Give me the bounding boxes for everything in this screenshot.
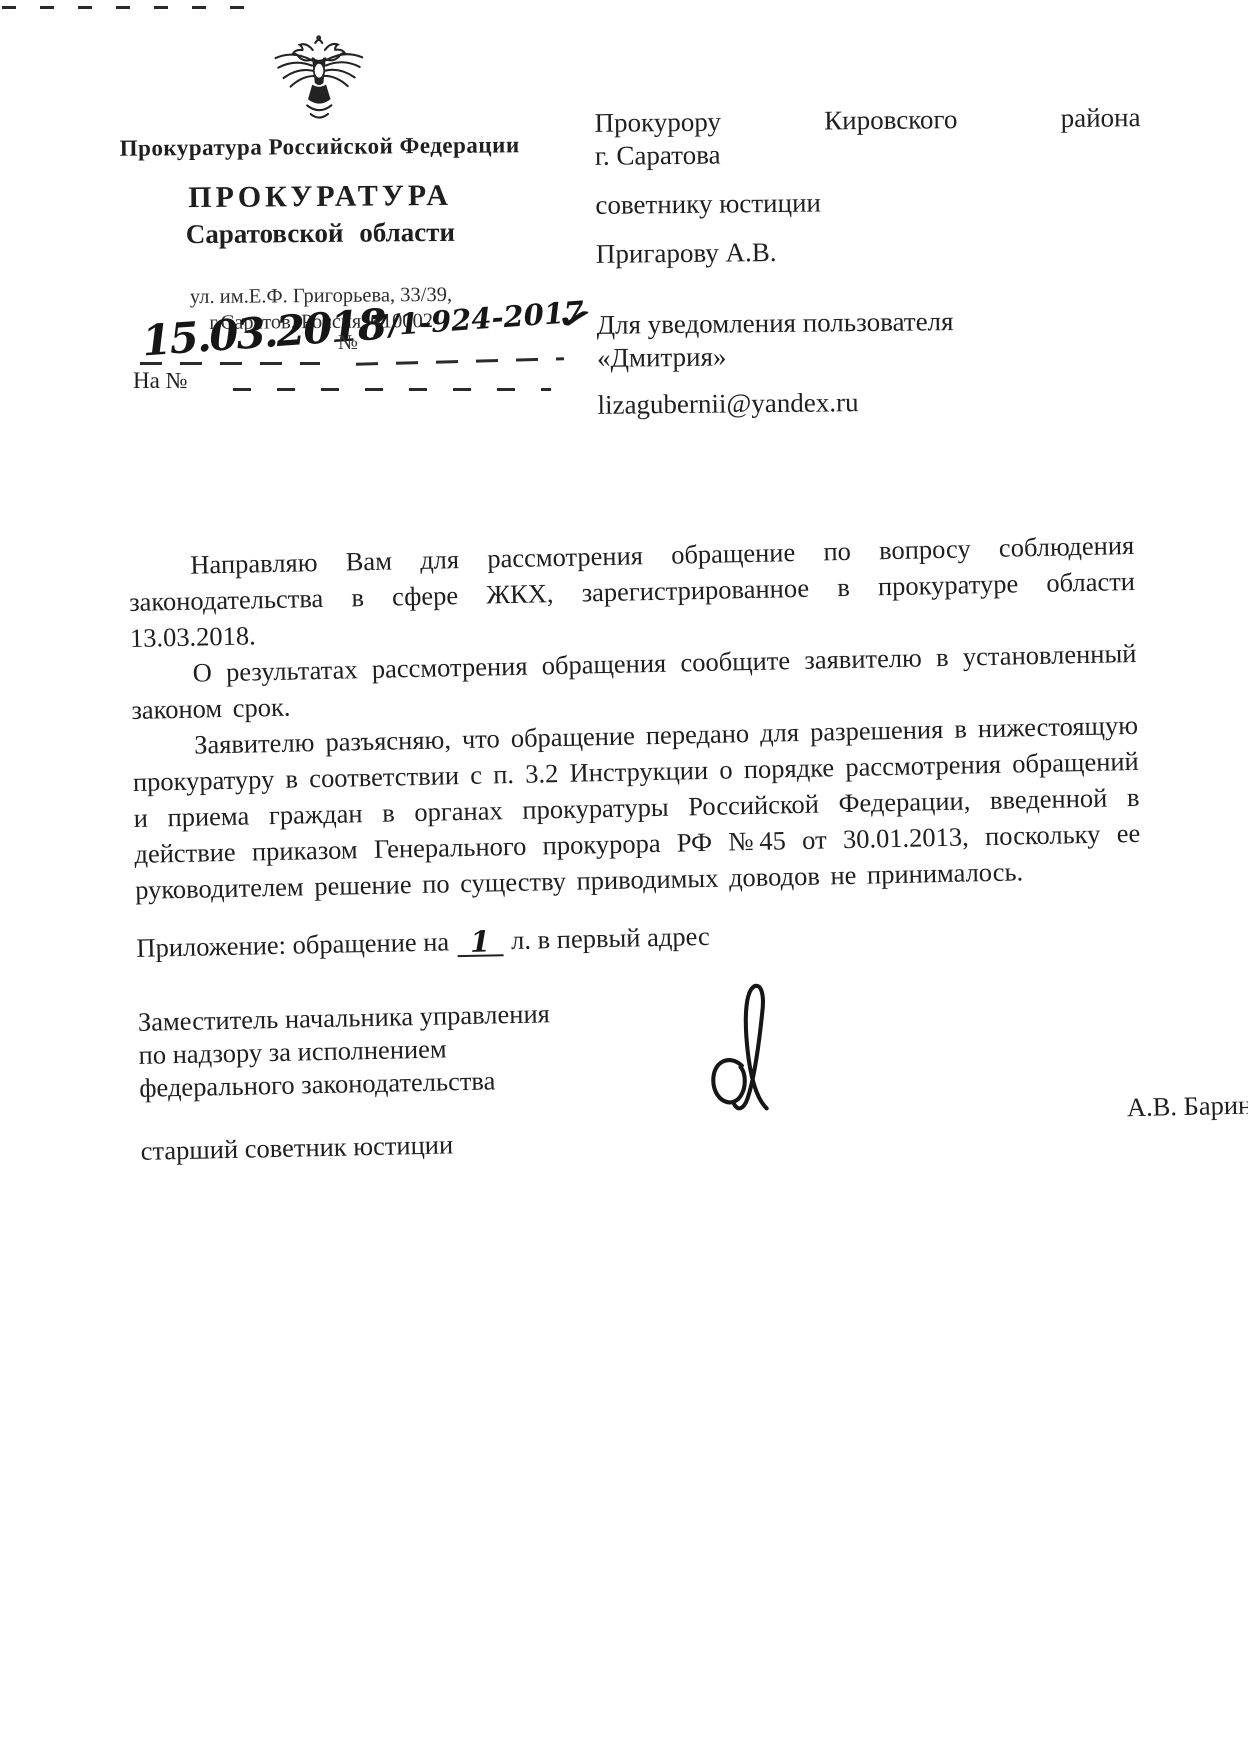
addressee-word-2: Кировского [824,103,958,137]
signer-name: А.В. Баринов [1018,1086,1248,1127]
addressee-word-1: Прокурору [594,106,721,140]
coat-of-arms-icon [267,34,372,131]
signature-flourish [699,976,786,1138]
scan-artifact-dashes [2,6,254,9]
reply-reference-blank-line [233,388,551,391]
org-parent-name: Прокуратура Российской Федерации [104,132,536,162]
handwritten-page-count: 1 [457,928,504,957]
org-name-line2: Саратовской области [104,216,536,251]
addressee-line2: г. Саратова [595,134,1141,173]
reply-reference-row: На № [133,368,553,402]
org-name-line1: ПРОКУРАТУРА [104,178,536,216]
attachment-prefix: Приложение: обращение на [136,926,449,963]
notify-email: lizagubernii@yandex.ru [597,383,1143,422]
attachment-line: Приложение: обращение на1л. в первый адр… [136,909,1143,966]
notify-line2: «Дмитрия» [597,336,1143,375]
reply-reference-label: На № [133,368,188,393]
number-underline [356,357,564,365]
attachment-suffix: л. в первый адрес [511,921,710,955]
signer-position-block: Заместитель начальника управления по над… [138,985,1147,1168]
addressee-block: Прокурору Кировского района г. Саратова … [594,101,1143,422]
letter-body: Направляю Вам для рассмотрения обращение… [128,527,1150,1328]
addressee-name: Пригарову А.В. [596,232,1142,271]
date-underline [140,362,320,365]
body-paragraph-3: Заявителю разъясняю, что обращение перед… [132,707,1142,908]
signer-rank: старший советник юстиции [140,1114,1146,1168]
addressee-word-3: района [1060,101,1140,135]
checkmark-icon: ✓ [554,300,597,339]
notify-note: ✓ Для уведомления пользователя «Дмитрия» [596,303,1143,375]
number-label: № [338,330,358,355]
addressee-rank: советнику юстиции [595,183,1141,222]
scanned-letter-page: Прокуратура Российской Федерации ПРОКУРА… [0,0,1248,1745]
body-paragraph-1: Направляю Вам для рассмотрения обращение… [128,527,1136,656]
letterhead: Прокуратура Российской Федерации ПРОКУРА… [103,32,538,337]
